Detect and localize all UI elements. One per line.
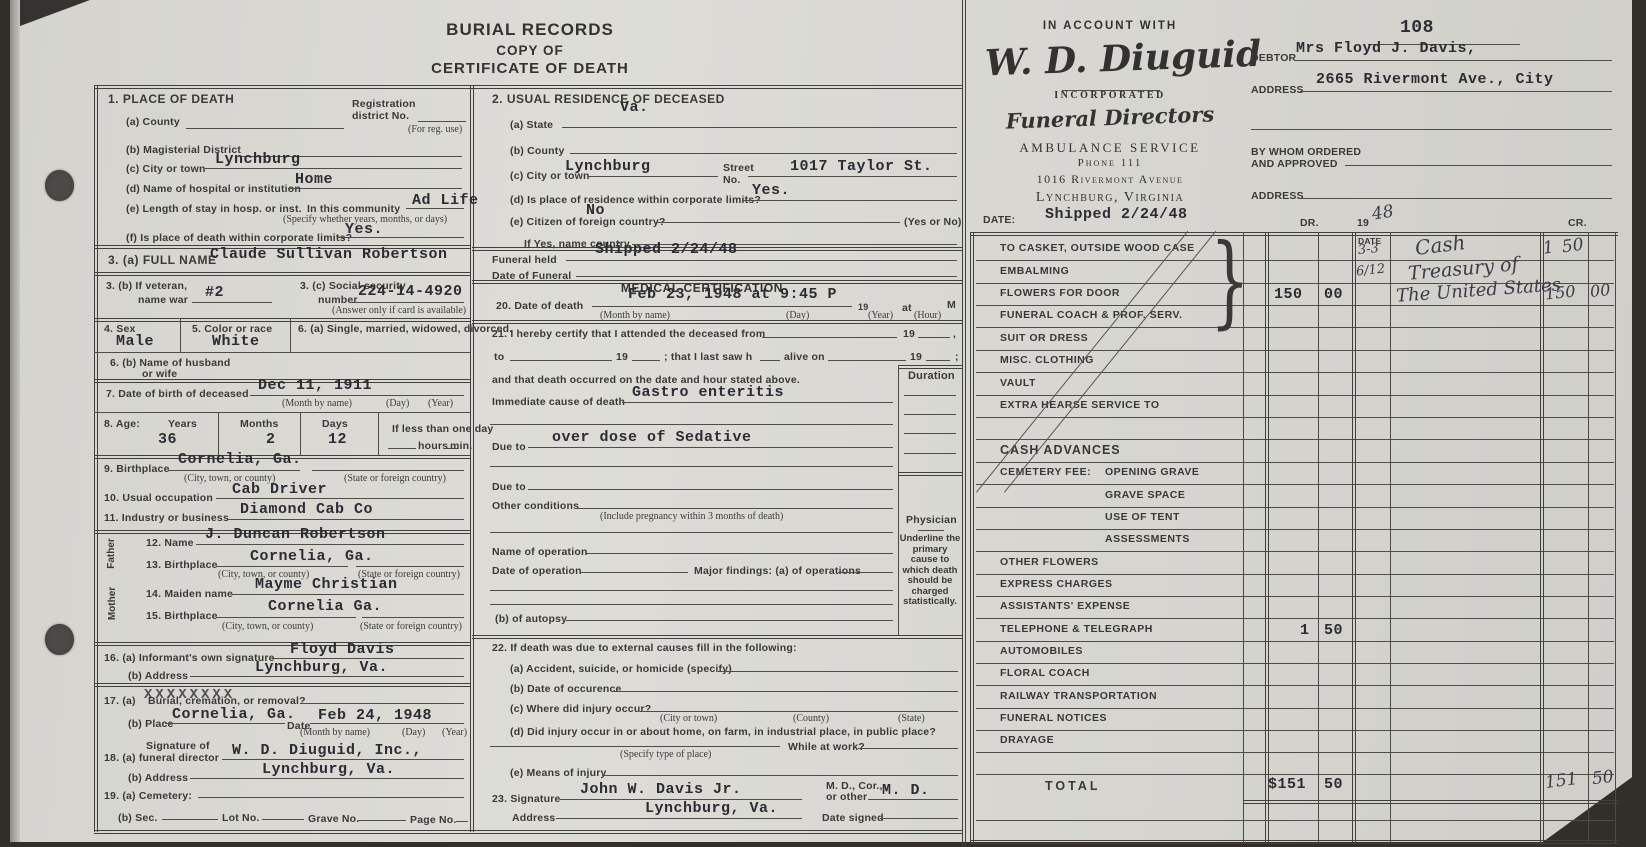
physician-address-value: Lynchburg, Va. <box>645 800 778 817</box>
date-of-birth-label: 7. Date of birth of deceased <box>106 388 249 400</box>
strikeout-x-marks: XXXXXXXX <box>144 687 235 703</box>
ledger-item-label: EXTRA HEARSE SERVICE TO <box>1000 399 1160 411</box>
informant-address-value: Lynchburg, Va. <box>255 659 388 676</box>
line <box>566 620 893 621</box>
length-of-stay-value: Ad Life <box>412 192 479 209</box>
where-injury-label: (c) Where did injury occur? <box>510 703 651 715</box>
city-town-county-hint: (City, town, or county) <box>222 621 313 632</box>
major-findings-label: Major findings: (a) of operations <box>694 565 861 577</box>
name-war-label: name war <box>138 294 188 306</box>
accident-suicide-label: (a) Accident, suicide, or homicide (spec… <box>510 663 732 675</box>
physician-label: Physician <box>906 514 957 526</box>
date-of-death-label: 20. Date of death <box>496 300 583 312</box>
father-name-label: 12. Name <box>146 537 194 549</box>
and-approved-label: AND APPROVED <box>1251 158 1338 170</box>
line <box>904 395 956 396</box>
total-cr-cents-handwriting: 50 <box>1591 767 1615 789</box>
line <box>904 414 956 415</box>
line <box>490 746 780 747</box>
external-causes-label: 22. If death was due to external causes … <box>492 642 797 654</box>
line <box>556 818 802 819</box>
day-hint: (Day) <box>402 727 425 738</box>
line <box>656 222 900 223</box>
card-available-hint: (Answer only if card is available) <box>332 305 466 316</box>
flowers-dr-cents: 00 <box>1324 286 1343 303</box>
rule <box>1243 800 1618 804</box>
payment2-date-handwriting: 6/12 <box>1355 262 1386 280</box>
color-race-value: White <box>212 333 260 350</box>
date-of-occurence-label: (b) Date of occurence <box>510 683 622 695</box>
line <box>388 448 416 449</box>
ledger-item-label: FUNERAL NOTICES <box>1000 712 1107 724</box>
printed-19-label: 19 <box>910 351 922 363</box>
burial-cremation-num-label: 17. (a) <box>104 695 136 707</box>
rule <box>1615 232 1616 843</box>
ledger-item-label: RAILWAY TRANSPORTATION <box>1000 690 1157 702</box>
printed-19-label: 19 <box>616 351 628 363</box>
line <box>742 200 957 201</box>
line <box>216 498 464 499</box>
month-hint: (Month by name) <box>300 727 370 738</box>
firm-script-logo: W. D. Diuguid <box>984 34 1235 85</box>
physician-address-label: Address <box>512 812 555 824</box>
line <box>456 821 468 822</box>
year-19-label: 19 <box>1357 217 1369 229</box>
line <box>165 723 285 724</box>
rule <box>898 472 962 476</box>
payment1-date-handwriting: 3-3 <box>1357 241 1379 258</box>
line <box>976 820 1614 821</box>
mother-maiden-label: 14. Maiden name <box>146 588 233 600</box>
line <box>300 703 464 704</box>
line <box>880 818 958 819</box>
rule <box>94 85 962 89</box>
state-label: (a) State <box>510 119 553 131</box>
month-hint: (Month by name) <box>282 398 352 409</box>
father-birthplace-label: 13. Birthplace <box>146 559 218 571</box>
corporate-limits-label: (f) Is place of death within corporate l… <box>126 232 352 244</box>
m-label: M <box>947 299 956 311</box>
line <box>918 337 950 338</box>
line <box>762 337 897 338</box>
ledger-row-line <box>976 439 1614 440</box>
line <box>828 360 906 361</box>
line <box>490 466 893 467</box>
type-of-place-hint: (Specify type of place) <box>620 749 711 760</box>
ledger-row-line <box>976 708 1614 709</box>
line <box>205 168 462 169</box>
rule <box>472 320 962 324</box>
or-other-label: or other <box>826 791 867 803</box>
street-no-label: No. <box>723 174 741 186</box>
punch-hole-bottom <box>45 624 74 655</box>
line <box>640 711 958 712</box>
city-or-town-value: Lynchburg <box>215 151 301 168</box>
line <box>510 360 612 361</box>
ledger-row-line <box>976 551 1614 552</box>
full-name-value: Claude Sullivan Robertson <box>210 246 448 263</box>
street-address-label: 1016 Rivermont Avenue <box>985 172 1235 187</box>
line <box>592 306 852 307</box>
ledger-item-label: CASH ADVANCES <box>1000 443 1121 457</box>
scanned-burial-record: BURIAL RECORDS COPY OF CERTIFICATE OF DE… <box>0 0 1646 847</box>
sec-label: (b) Sec. <box>118 812 158 824</box>
street-value: 1017 Taylor St. <box>790 158 933 175</box>
to-label: to <box>494 351 504 363</box>
if-veteran-label: 3. (b) If veteran, <box>106 280 187 292</box>
line <box>162 819 218 820</box>
registration-label: Registration <box>352 98 416 110</box>
page-number: 108 <box>1400 18 1434 38</box>
rule <box>94 318 470 322</box>
line <box>1298 198 1612 199</box>
ledger-item-label: CEMETERY FEE: <box>1000 466 1091 478</box>
line <box>904 453 956 454</box>
ledger-item-label: ASSISTANTS' EXPENSE <box>1000 600 1130 612</box>
debtor-address-value: 2665 Rivermont Ave., City <box>1316 71 1554 88</box>
by-whom-ordered-label: BY WHOM ORDERED <box>1251 146 1361 158</box>
line <box>356 566 464 567</box>
marital-status-label: 6. (a) Single, married, widowed, divorce… <box>298 323 512 335</box>
flowers-dr-dollars: 150 <box>1274 286 1303 303</box>
hours-label: hours <box>418 440 448 452</box>
total-dr-cents: 50 <box>1324 776 1343 793</box>
occupation-value: Cab Driver <box>232 481 327 498</box>
rule <box>1265 232 1269 843</box>
rule <box>290 318 291 352</box>
ledger-item-label: GRAVE SPACE <box>1105 489 1185 501</box>
at-label: at <box>902 302 912 314</box>
ledger-item-label: TO CASKET, OUTSIDE WOOD CASE <box>1000 242 1195 254</box>
line <box>528 489 893 490</box>
ledger-row-line <box>976 417 1614 418</box>
panel-divider-rule <box>962 0 966 847</box>
usual-residence-label: 2. USUAL RESIDENCE OF DECEASED <box>492 92 725 106</box>
ledger-item-sublabel: OPENING GRAVE <box>1105 466 1199 478</box>
residence-corporate-value: Yes. <box>752 182 790 199</box>
line <box>490 532 893 533</box>
funeral-director-value: W. D. Diuguid, Inc., <box>232 742 422 759</box>
burial-date-value: Feb 24, 1948 <box>318 707 432 724</box>
line <box>868 799 958 800</box>
county-hint: (County) <box>793 713 829 724</box>
father-name-value: J. Duncan Robertson <box>205 526 386 543</box>
ledger-item-label: FUNERAL COACH & PROF. SERV. <box>1000 309 1183 321</box>
rule <box>472 635 962 639</box>
ledger-row-line <box>976 395 1614 396</box>
line <box>312 470 464 471</box>
payment2-cr-cents: 00 <box>1589 280 1611 301</box>
duration-label: Duration <box>908 370 955 382</box>
line <box>585 553 893 554</box>
ledger-row-line <box>976 641 1614 642</box>
physician-signature-label: 23. Signature <box>492 793 561 805</box>
ledger-row-line <box>976 752 1614 753</box>
rule <box>970 232 1618 236</box>
sex-value: Male <box>116 333 154 350</box>
ordered-address-label: ADDRESS <box>1251 190 1304 202</box>
age-years-value: 36 <box>158 431 177 448</box>
min-label: min. <box>450 440 472 452</box>
md-value: M. D. <box>882 782 930 799</box>
ledger-item-label: VAULT <box>1000 377 1036 389</box>
alive-on-label: alive on <box>784 351 825 363</box>
ledger-row-line <box>976 507 1614 508</box>
in-account-with-label: IN ACCOUNT WITH <box>1020 20 1200 32</box>
injury-home-farm-label: (d) Did injury occur in or about home, o… <box>510 726 936 738</box>
mother-birthplace-label: 15. Birthplace <box>146 610 218 622</box>
rule <box>1352 232 1356 843</box>
rule <box>94 352 470 353</box>
debtor-value: Mrs Floyd J. Davis, <box>1296 40 1477 57</box>
year-48-handwriting: 48 <box>1371 201 1396 224</box>
ledger-row-line <box>976 462 1614 463</box>
line <box>918 530 944 531</box>
rule <box>180 318 181 352</box>
printed-19-label: 19 <box>858 302 868 312</box>
age-days-value: 12 <box>328 431 347 448</box>
line <box>228 519 464 520</box>
father-side-label: Father <box>106 538 117 569</box>
ledger-row-line <box>976 305 1614 306</box>
ledger-item-label: SUIT OR DRESS <box>1000 332 1088 344</box>
line <box>904 433 956 434</box>
line <box>190 676 464 677</box>
line <box>926 360 950 361</box>
rule <box>1588 232 1589 843</box>
line <box>632 360 660 361</box>
line <box>566 260 957 261</box>
state-hint: (State) <box>898 713 925 724</box>
physician-note: Underline the primary cause to which dea… <box>898 534 962 608</box>
ledger-row-line <box>976 484 1614 485</box>
scan-left-edge <box>0 0 10 847</box>
street-label: Street <box>723 162 754 174</box>
place-of-death-label: 1. PLACE OF DEATH <box>108 92 234 106</box>
payment2-cr-dollars: 150 <box>1544 281 1576 303</box>
ledger-row-line <box>976 350 1614 351</box>
date-of-operation-label: Date of operation <box>492 565 582 577</box>
pregnancy-hint: (Include pregnancy within 3 months of de… <box>600 511 783 522</box>
ledger-item-label: OTHER FLOWERS <box>1000 556 1099 568</box>
line <box>622 402 893 403</box>
rule <box>94 642 470 646</box>
line <box>490 590 893 591</box>
director-address-value: Lynchburg, Va. <box>262 761 395 778</box>
ledger-item-label: TELEPHONE & TELEGRAPH <box>1000 623 1153 635</box>
line <box>418 121 466 122</box>
punch-hole-top <box>45 170 74 201</box>
date-of-birth-value: Dec 11, 1911 <box>258 377 372 394</box>
ledger-item-label: EXPRESS CHARGES <box>1000 578 1113 590</box>
line <box>760 360 780 361</box>
date-signed-label: Date signed <box>822 812 884 824</box>
city-or-town-label: (c) City or town <box>126 163 206 175</box>
state-foreign-hint: (State or foreign country) <box>344 473 446 484</box>
line <box>1294 60 1612 61</box>
full-name-label: 3. (a) FULL NAME <box>108 253 216 267</box>
account-ledger-table: TO CASKET, OUTSIDE WOOD CASEEMBALMINGFLO… <box>970 232 1618 843</box>
residence-corporate-label: (d) Is place of residence within corpora… <box>510 194 761 206</box>
line <box>858 748 958 749</box>
veteran-war-value: #2 <box>205 284 224 301</box>
ledger-row-line <box>976 774 1614 775</box>
ledger-item-label: DRAYAGE <box>1000 734 1054 746</box>
total-dr-dollars: $151 <box>1268 776 1306 793</box>
autopsy-label: (b) of autopsy <box>495 613 567 625</box>
funeral-held-value: Shipped 2/24/48 <box>595 241 738 258</box>
line <box>362 617 464 618</box>
line <box>250 395 464 396</box>
debtor-label: DEBTOR <box>1251 52 1296 64</box>
line <box>190 778 464 779</box>
copy-of-subtitle: COPY OF <box>420 43 640 58</box>
due-to-2-label: Due to <box>492 481 526 493</box>
ledger-item-label: FLOWERS FOR DOOR <box>1000 287 1120 299</box>
ledger-row-line <box>976 574 1614 575</box>
county-label: (b) County <box>510 145 565 157</box>
age-months-value: 2 <box>266 431 276 448</box>
line <box>1251 129 1612 130</box>
rule <box>94 272 470 276</box>
hospital-label: (d) Name of hospital or institution <box>126 183 301 195</box>
age-label: 8. Age: <box>104 418 140 430</box>
ledger-item-label: AUTOMOBILES <box>1000 645 1083 657</box>
line <box>192 302 272 303</box>
debtor-address-label: ADDRESS <box>1251 84 1304 96</box>
certificate-of-death-subtitle: CERTIFICATE OF DEATH <box>420 60 640 77</box>
immediate-cause-value: Gastro enteritis <box>632 384 784 401</box>
payment1-cr-dollars: 50 <box>1561 235 1585 258</box>
ledger-item-label: USE OF TENT <box>1105 511 1180 523</box>
ledger-row-line <box>976 618 1614 619</box>
rule <box>898 365 962 369</box>
industry-label: 11. Industry or business <box>104 512 229 524</box>
district-no-label: district No. <box>352 110 409 122</box>
funeral-held-label: Funeral held <box>492 254 557 266</box>
ledger-row-line <box>976 327 1614 328</box>
telephone-dr-cents: 50 <box>1324 622 1343 639</box>
line <box>1300 91 1612 92</box>
scan-right-edge <box>1632 0 1646 847</box>
state-foreign-hint: (State or foreign country) <box>360 621 462 632</box>
days-label: Days <box>322 418 348 430</box>
for-reg-use-hint: (For reg. use) <box>408 124 462 135</box>
burial-place-value: Cornelia, Ga. <box>172 706 296 723</box>
lot-no-label: Lot No. <box>222 812 260 824</box>
hospital-value: Home <box>295 171 333 188</box>
county-label: (a) County <box>126 116 180 128</box>
line <box>222 759 464 760</box>
year-hint: (Year) <box>428 398 453 409</box>
line <box>288 188 462 189</box>
mother-maiden-value: Mayme Christian <box>255 576 398 593</box>
funeral-director-label: 18. (a) funeral director <box>104 752 219 764</box>
ledger-row-line <box>976 663 1614 664</box>
comma-label: , <box>953 328 956 340</box>
line <box>576 276 957 277</box>
line <box>580 572 688 573</box>
rule <box>378 412 379 455</box>
line <box>338 237 464 238</box>
less-than-one-day-label: If less than one day <box>392 423 493 435</box>
social-security-value: 224-14-4920 <box>358 283 463 300</box>
rule <box>94 830 962 834</box>
ledger-total-label: TOTAL <box>1045 779 1101 793</box>
total-cr-dollars-handwriting: 151 <box>1544 769 1579 793</box>
date-of-death-value: Feb 23, 1948 at 9:45 P <box>628 286 837 303</box>
mother-birthplace-value: Cornelia Ga. <box>268 598 382 615</box>
rule <box>218 412 219 455</box>
ledger-row-line <box>976 685 1614 686</box>
years-label: Years <box>168 418 197 430</box>
line <box>748 176 957 177</box>
informant-signature-label: 16. (a) Informant's own signature <box>104 652 275 664</box>
rule <box>1390 232 1391 843</box>
cr-column-label: CR. <box>1568 217 1587 229</box>
ledger-item-label: FLORAL COACH <box>1000 667 1090 679</box>
last-saw-label: ; that I last saw h <box>664 351 752 363</box>
rule <box>970 840 1618 844</box>
occupation-label: 10. Usual occupation <box>104 492 213 504</box>
ledger-row-line <box>976 730 1614 731</box>
printed-19-label: 19 <box>903 328 915 340</box>
line <box>570 153 957 154</box>
line <box>196 544 464 545</box>
burial-place-label: (b) Place <box>128 718 174 730</box>
line <box>216 617 356 618</box>
line <box>562 127 957 128</box>
line <box>352 302 464 303</box>
line <box>528 447 893 448</box>
burial-records-title: BURIAL RECORDS <box>420 20 640 40</box>
paper-left-shadow <box>10 0 20 847</box>
line <box>718 671 958 672</box>
line <box>588 176 718 177</box>
physician-signature-value: John W. Davis Jr. <box>580 781 742 798</box>
city-state-label: Lynchburg, Virginia <box>985 190 1235 206</box>
industry-value: Diamond Cab Co <box>240 501 373 518</box>
immediate-cause-label: Immediate cause of death <box>492 396 625 408</box>
line <box>262 819 304 820</box>
other-conditions-label: Other conditions <box>492 500 579 512</box>
ledger-row-line <box>976 596 1614 597</box>
father-birthplace-value: Cornelia, Ga. <box>250 548 374 565</box>
birthplace-label: 9. Birthplace <box>104 463 170 475</box>
state-value: Va. <box>620 99 649 116</box>
foreign-citizen-value: No <box>586 202 605 219</box>
line <box>490 604 893 605</box>
months-label: Months <box>240 418 279 430</box>
line <box>232 594 464 595</box>
page-no-label: Page No. <box>410 814 457 826</box>
line <box>406 208 464 209</box>
line <box>490 424 893 425</box>
charges-grouping-brace: } <box>1210 236 1249 326</box>
informant-address-label: (b) Address <box>128 670 188 682</box>
ledger-item-label: ASSESSMENTS <box>1105 533 1190 545</box>
line <box>198 797 464 798</box>
dr-column-label: DR. <box>1300 217 1319 229</box>
line <box>838 572 893 573</box>
ledger-item-label: EMBALMING <box>1000 265 1069 277</box>
rule <box>970 232 974 843</box>
rule <box>1540 232 1544 843</box>
year-hint: (Year) <box>442 727 467 738</box>
while-at-work-label: While at work? <box>788 741 865 753</box>
phone-label: Phone 111 <box>985 157 1235 169</box>
line <box>358 820 406 821</box>
